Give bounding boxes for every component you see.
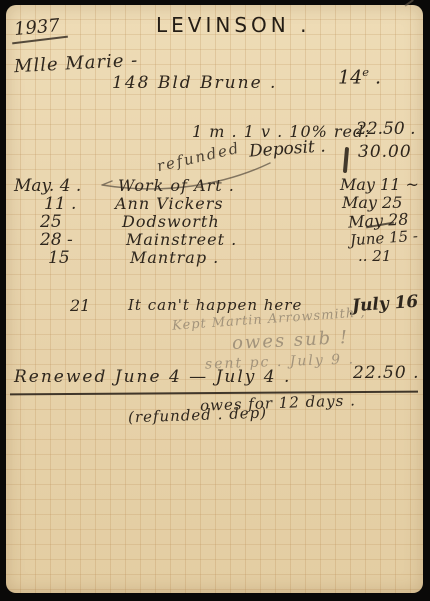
arrondissement: 14e . (338, 65, 381, 88)
loan-borrowed-date: May. 4 . (14, 176, 81, 196)
member-surname: LEVINSON . (156, 13, 310, 37)
loan-borrowed-date: 25 (40, 212, 62, 232)
member-address: 148 Bld Brune . (112, 73, 277, 93)
loan-borrowed-date: 15 (48, 248, 70, 268)
subscription-terms: 1 m . 1 v . 10% red: (192, 122, 371, 141)
loan-borrowed-date: 11 . (44, 194, 76, 214)
loan-title: Mantrap . (130, 248, 219, 267)
loan-borrowed-date: 28 - (40, 230, 73, 250)
loan-title: Dodsworth (122, 212, 220, 231)
subscription-amount: 22.50 . (356, 119, 415, 139)
loan-title: Work of Art . (118, 176, 235, 195)
arrondissement-period: . (369, 66, 381, 88)
loan-borrowed-date: 21 (70, 296, 90, 315)
loan-returned-date: .. 21 (358, 247, 391, 265)
arrondissement-number: 14 (338, 66, 362, 88)
loan-title: Mainstreet . (126, 230, 237, 249)
photo-backdrop: { "card": { "year": "1937", "name": "LEV… (0, 0, 430, 601)
arrondissement-suffix: e (362, 65, 369, 79)
deposit-amount: 30.00 (358, 142, 412, 162)
renewal-amount: 22.50 . (353, 363, 419, 383)
library-lending-card: 1937 LEVINSON . Mlle Marie - 148 Bld Bru… (6, 5, 423, 593)
renewal-deposit-note: (refunded . dep) (128, 404, 268, 427)
loan-returned-date: June 15 - (349, 227, 418, 250)
loan-title: Ann Vickers (115, 194, 224, 213)
ink-blot (343, 147, 349, 173)
loan-returned-date: May 11 ~ (340, 175, 419, 194)
pencil-note: owes sub ! (232, 327, 350, 354)
renewal-underline (10, 391, 418, 396)
renewal-line: Renewed June 4 — July 4 . (14, 367, 291, 387)
loan-returned-date: May 25 (342, 193, 402, 212)
